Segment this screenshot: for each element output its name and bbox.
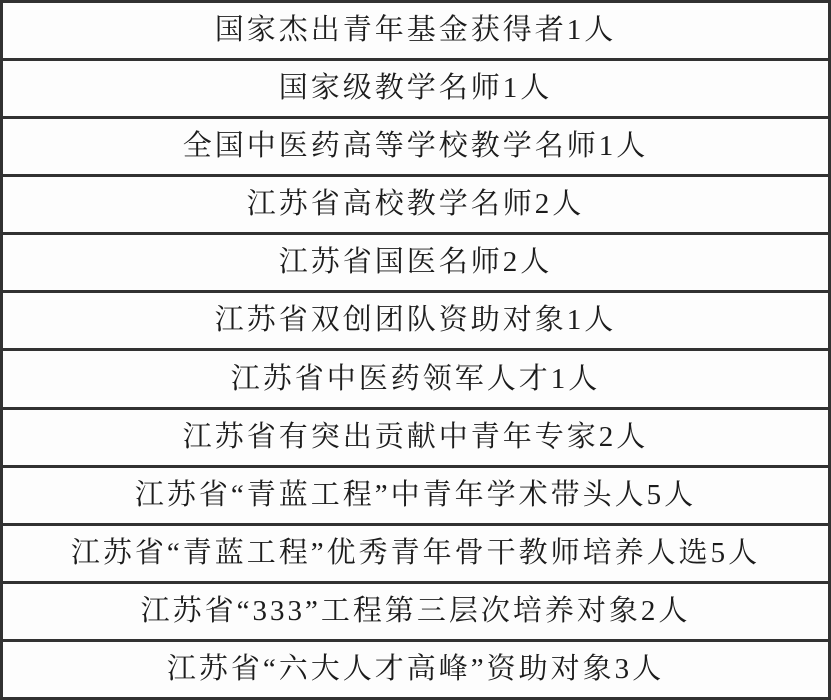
table-row: 江苏省双创团队资助对象1人 (3, 293, 828, 351)
talent-honors-table: 国家杰出青年基金获得者1人 国家级教学名师1人 全国中医药高等学校教学名师1人 … (0, 0, 831, 700)
row-text: 江苏省“六大人才高峰”资助对象3人 (167, 655, 664, 684)
table-row: 江苏省“333”工程第三层次培养对象2人 (3, 584, 828, 642)
row-text: 江苏省“青蓝工程”优秀青年骨干教师培养人选5人 (71, 539, 760, 568)
table-row: 江苏省中医药领军人才1人 (3, 351, 828, 409)
table-row: 全国中医药高等学校教学名师1人 (3, 119, 828, 177)
table-row: 江苏省国医名师2人 (3, 235, 828, 293)
row-text: 江苏省双创团队资助对象1人 (215, 306, 617, 335)
row-text: 江苏省高校教学名师2人 (247, 190, 585, 219)
row-text: 江苏省“333”工程第三层次培养对象2人 (141, 597, 691, 626)
row-text: 全国中医药高等学校教学名师1人 (183, 132, 649, 161)
row-text: 江苏省“青蓝工程”中青年学术带头人5人 (135, 481, 696, 510)
table-row: 国家级教学名师1人 (3, 61, 828, 119)
table-row: 江苏省“青蓝工程”优秀青年骨干教师培养人选5人 (3, 526, 828, 584)
table-row: 江苏省有突出贡献中青年专家2人 (3, 410, 828, 468)
row-text: 国家级教学名师1人 (279, 74, 553, 103)
row-text: 国家杰出青年基金获得者1人 (215, 16, 617, 45)
table-row: 江苏省“青蓝工程”中青年学术带头人5人 (3, 468, 828, 526)
table-row: 国家杰出青年基金获得者1人 (3, 3, 828, 61)
table-row: 江苏省“六大人才高峰”资助对象3人 (3, 642, 828, 697)
row-text: 江苏省有突出贡献中青年专家2人 (183, 423, 649, 452)
table-row: 江苏省高校教学名师2人 (3, 177, 828, 235)
row-text: 江苏省国医名师2人 (279, 248, 553, 277)
row-text: 江苏省中医药领军人才1人 (231, 365, 601, 394)
